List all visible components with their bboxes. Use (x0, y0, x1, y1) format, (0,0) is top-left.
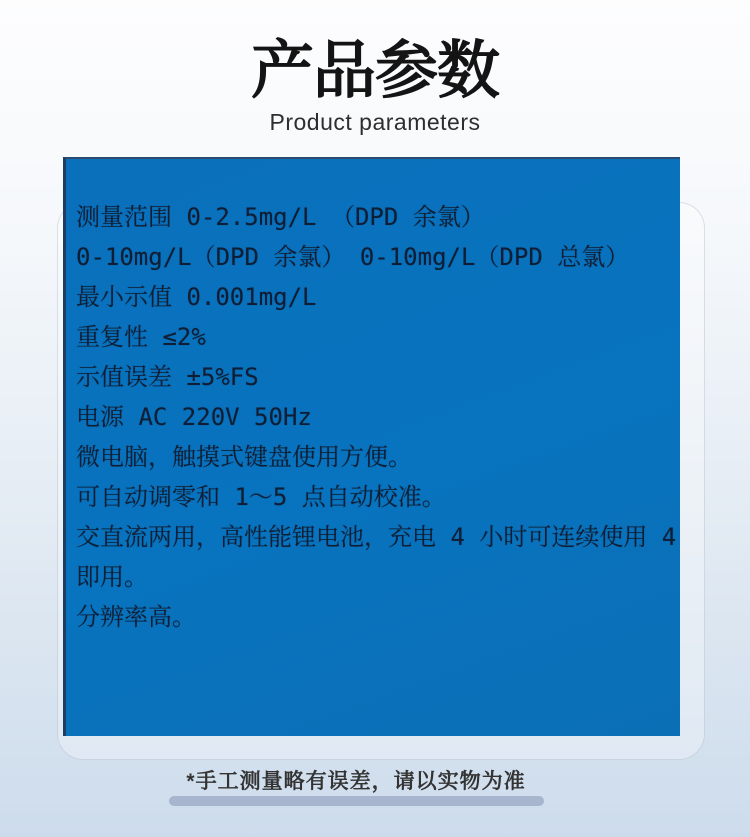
spec-line-indication-error: 示值误差 ±5%FS (76, 357, 666, 397)
spec-panel: 测量范围 0-2.5mg/L （DPD 余氯） 0-10mg/L（DPD 余氯）… (63, 157, 680, 736)
footer: *手工测量略有误差，请以实物为准 (0, 769, 712, 806)
page-subtitle: Product parameters (0, 109, 750, 135)
spec-line-battery: 交直流两用，高性能锂电池，充电 4 小时可连续使用 4 小时，即充 (76, 517, 666, 557)
spec-line-battery-wrap: 即用。 (76, 557, 666, 597)
footer-disclaimer: *手工测量略有误差，请以实物为准 (0, 769, 712, 794)
spec-line-range-2: 0-10mg/L（DPD 余氯） 0-10mg/L（DPD 总氯） (76, 237, 666, 277)
spec-line-microcomputer: 微电脑，触摸式键盘使用方便。 (76, 437, 666, 477)
spec-line-power: 电源 AC 220V 50Hz (76, 397, 666, 437)
page-title: 产品参数 (0, 34, 750, 108)
product-parameters-page: 产品参数 Product parameters 测量范围 0-2.5mg/L （… (0, 0, 750, 837)
spec-line-repeatability: 重复性 ≤2% (76, 317, 666, 357)
spec-text-block: 测量范围 0-2.5mg/L （DPD 余氯） 0-10mg/L（DPD 余氯）… (66, 159, 680, 736)
spec-line-resolution: 分辨率高。 (76, 597, 666, 637)
spec-line-measure-range: 测量范围 0-2.5mg/L （DPD 余氯） (76, 197, 666, 237)
spec-line-auto-calibration: 可自动调零和 1～5 点自动校准。 (76, 477, 666, 517)
spec-line-min-reading: 最小示值 0.001mg/L (76, 277, 666, 317)
footer-underline-bar (169, 796, 544, 806)
